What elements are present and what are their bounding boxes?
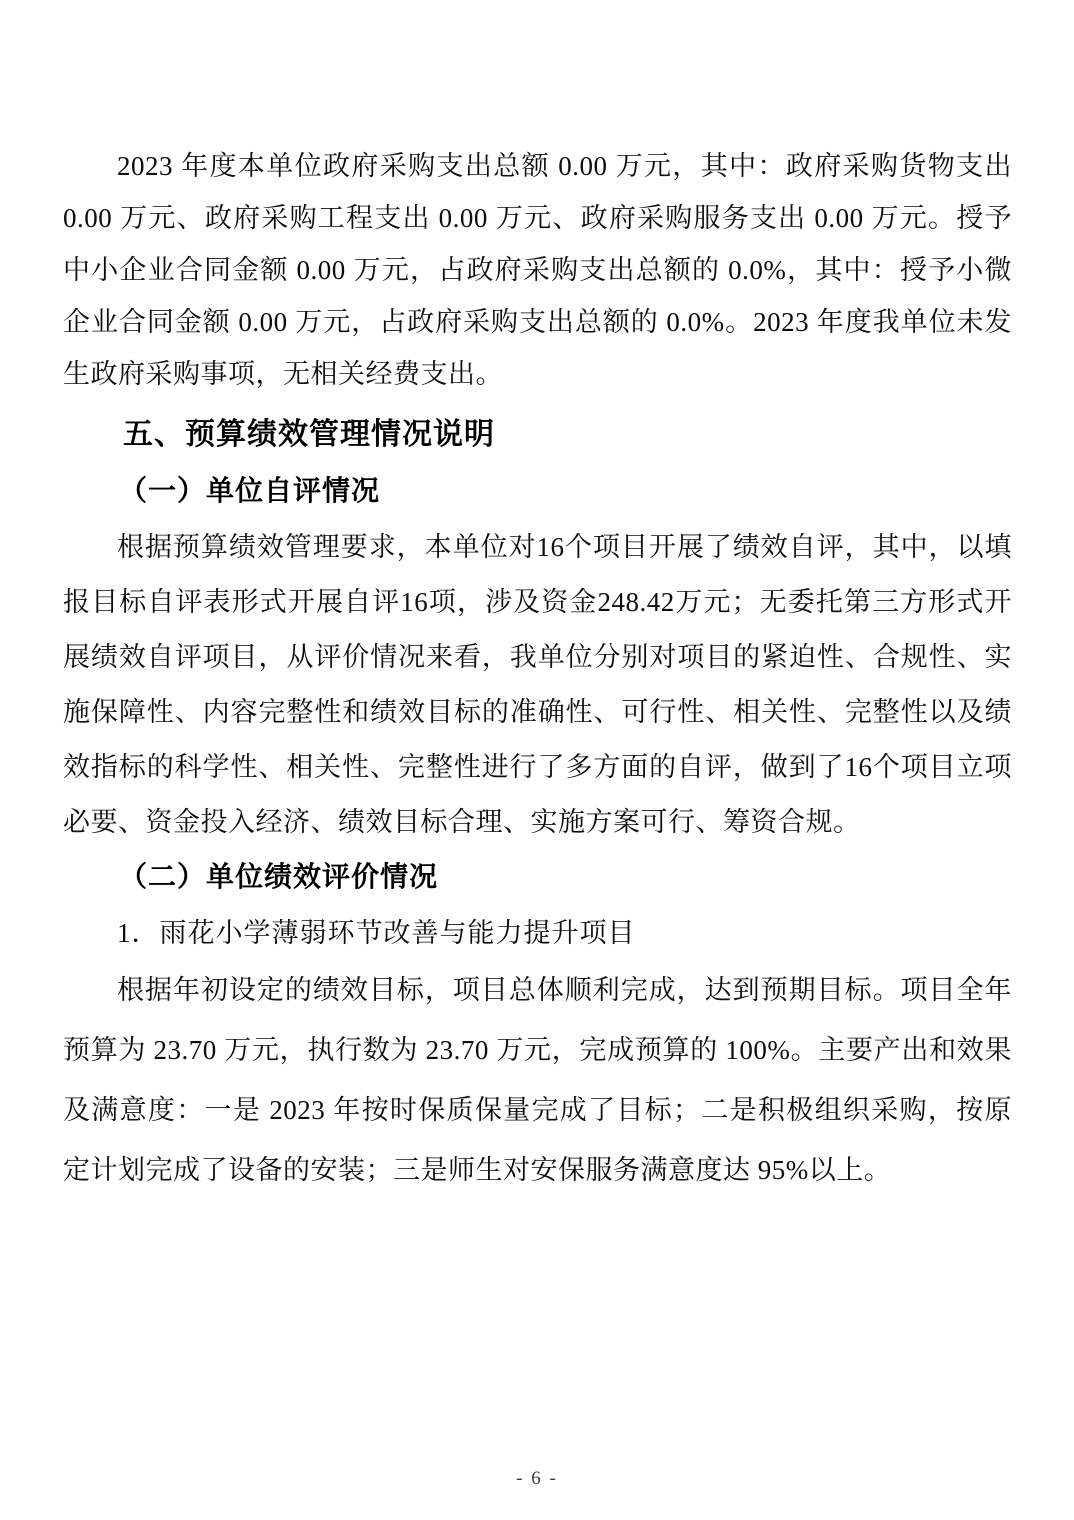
page-number: - 6 - — [0, 1466, 1074, 1492]
paragraph-government-procurement: 2023 年度本单位政府采购支出总额 0.00 万元，其中：政府采购货物支出 0… — [63, 140, 1012, 400]
item-1-project-title: 1．雨花小学薄弱环节改善与能力提升项目 — [63, 906, 1012, 960]
paragraph-project-1-evaluation: 根据年初设定的绩效目标，项目总体顺利完成，达到预期目标。项目全年预算为 23.7… — [63, 960, 1012, 1200]
paragraph-self-evaluation: 根据预算绩效管理要求，本单位对16个项目开展了绩效自评，其中，以填报目标自评表形… — [63, 520, 1012, 850]
heading-section-5-budget-performance: 五、预算绩效管理情况说明 — [63, 406, 1012, 464]
heading-sub-1-self-evaluation: （一）单位自评情况 — [63, 464, 1012, 520]
document-page: 2023 年度本单位政府采购支出总额 0.00 万元，其中：政府采购货物支出 0… — [0, 0, 1074, 1520]
heading-sub-2-performance-evaluation: （二）单位绩效评价情况 — [63, 850, 1012, 906]
document-body: 2023 年度本单位政府采购支出总额 0.00 万元，其中：政府采购货物支出 0… — [63, 140, 1012, 1200]
